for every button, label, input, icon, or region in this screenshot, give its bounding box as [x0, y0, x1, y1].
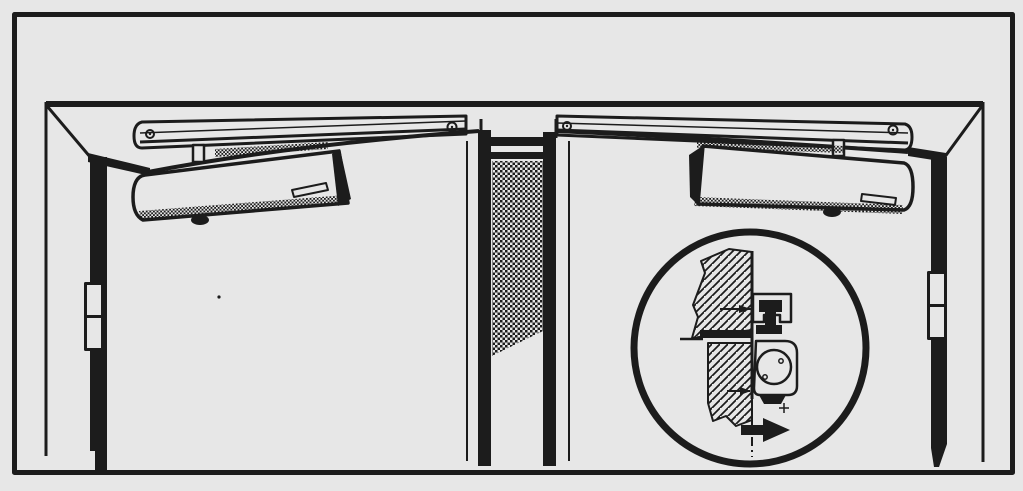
- gap-head-bar: [482, 137, 550, 146]
- door-meeting-stile: [478, 130, 491, 466]
- door-meeting-stile: [543, 132, 556, 466]
- closer-arm-slider: [193, 145, 204, 162]
- mounting-block: [756, 325, 782, 334]
- closer-piston-circle: [757, 350, 791, 384]
- closer-shoe: [823, 207, 841, 217]
- closer-shoe: [191, 215, 209, 225]
- gap-head-bar: [488, 152, 543, 159]
- door-closer-illustration: [0, 0, 1023, 491]
- left-door-closer: [133, 142, 351, 225]
- left-slide-rail: [134, 116, 466, 148]
- left-hinge: [86, 284, 103, 350]
- frame-rebate-bar: [700, 330, 752, 338]
- center-gap-hatched: [492, 161, 543, 356]
- illustration-canvas: [0, 0, 1023, 491]
- frame-reveal-left: [47, 106, 91, 158]
- frame-reveal-right: [944, 106, 982, 158]
- slider-stem: [765, 312, 776, 325]
- channel-slider-block: [759, 300, 782, 312]
- door-section-hatch: [708, 343, 752, 426]
- detail-inset: [634, 232, 866, 464]
- speck: [217, 295, 220, 298]
- right-hinge: [929, 273, 946, 339]
